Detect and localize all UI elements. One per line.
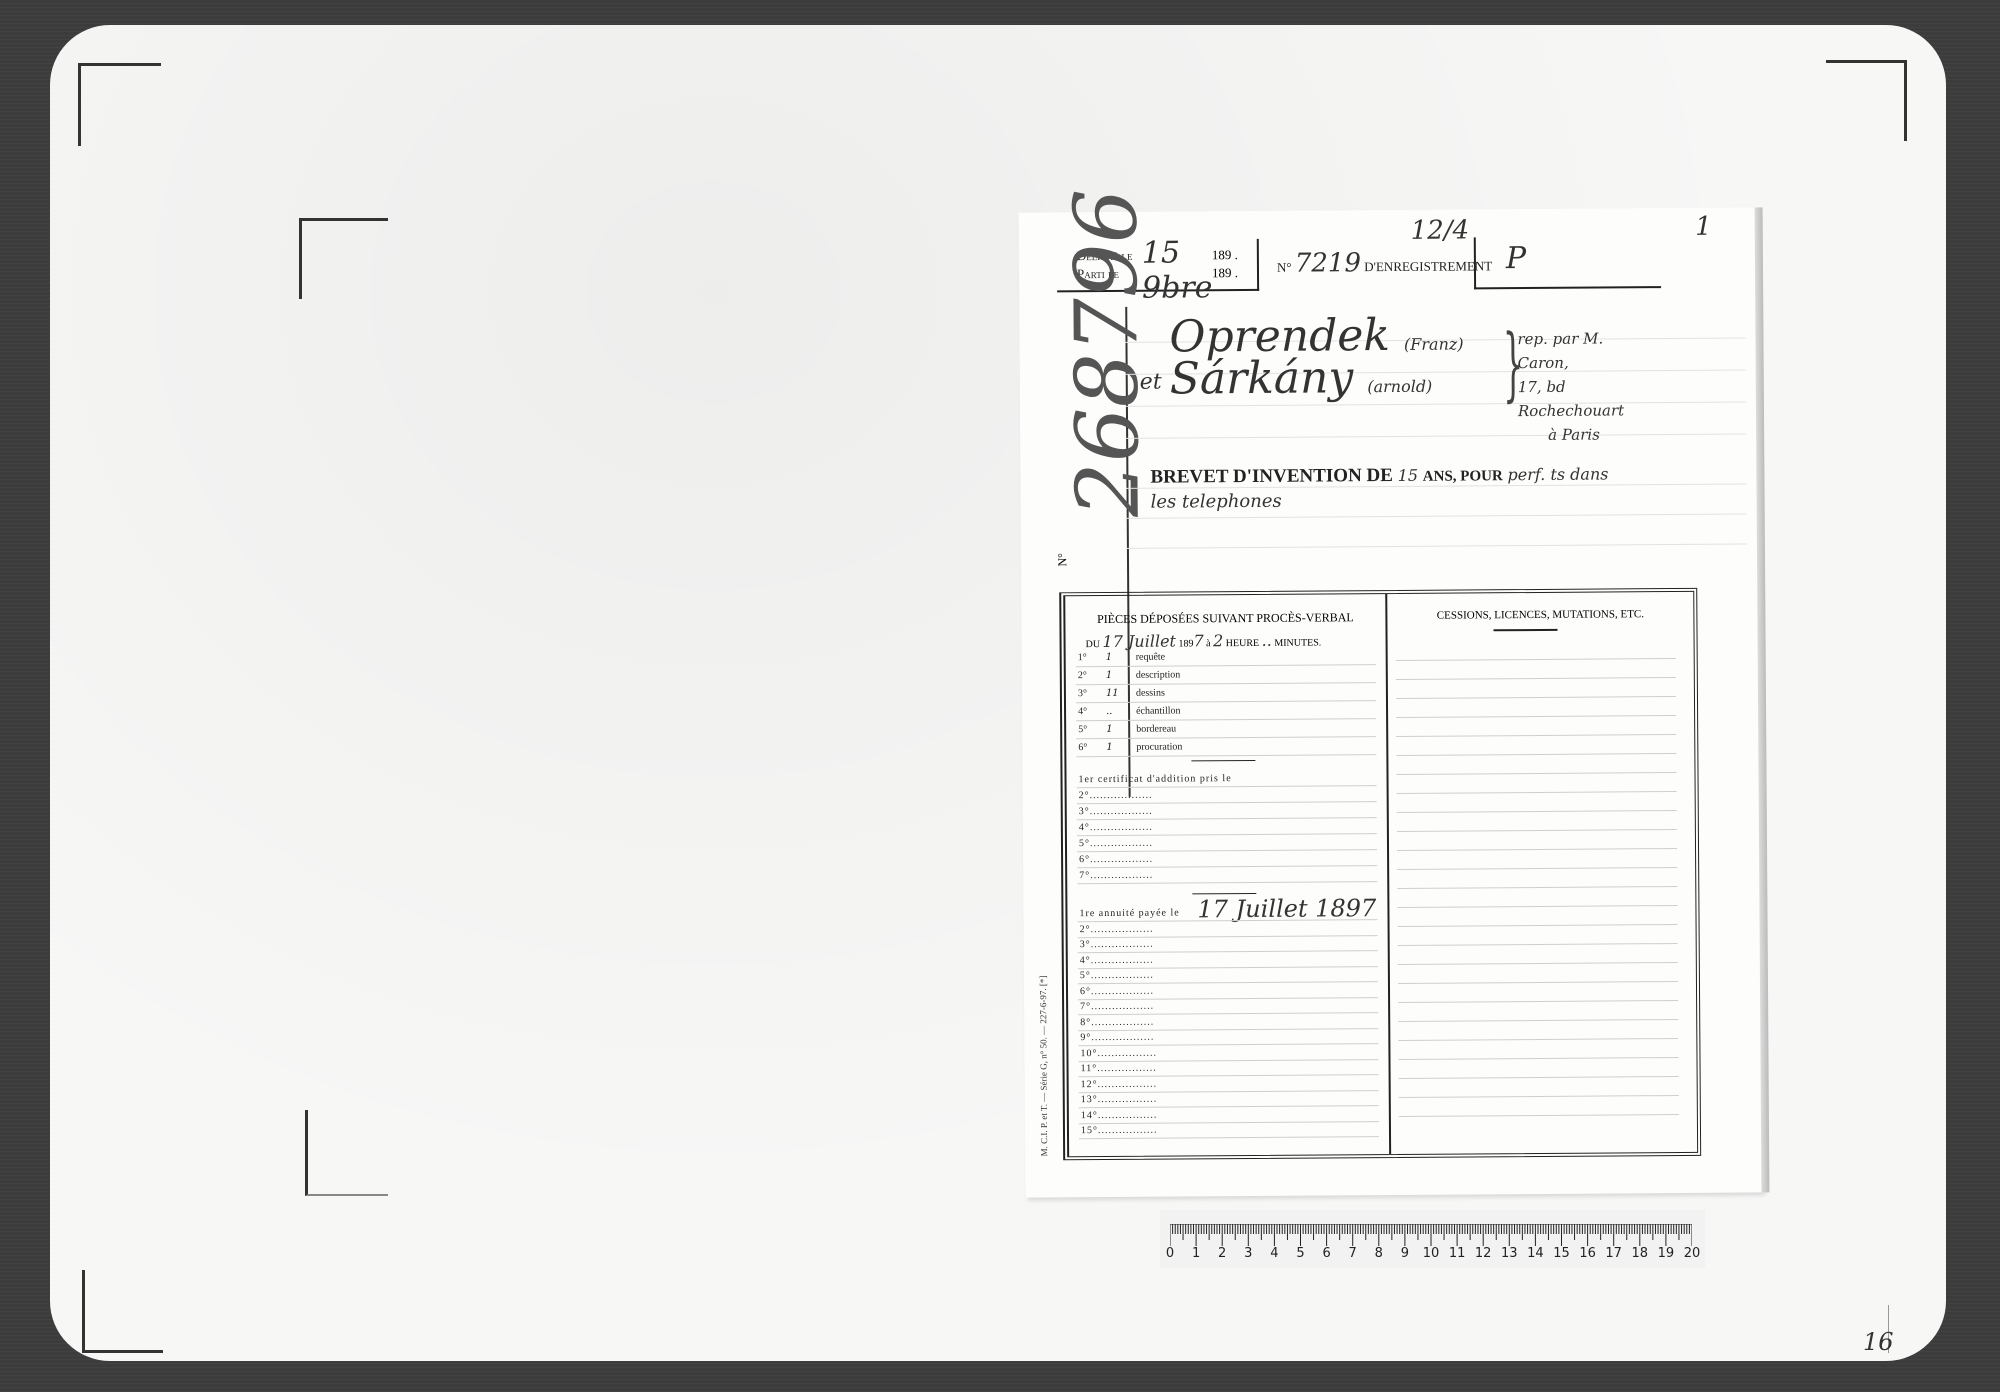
patent-register-page: Délivré le Parti le 15 9bre 189 . 189 . … [1019,207,1764,1197]
ruled-line [1127,514,1747,519]
annuity-row: 3°.................. [1080,939,1154,951]
ruler-label: 2 [1218,1246,1226,1261]
title-rule [1493,629,1557,631]
ruled-line [1398,943,1678,946]
ruled-line [1398,1019,1678,1022]
ruled-line [1399,1076,1679,1079]
annuity-row: 7°.................. [1080,1001,1154,1013]
ruler-label: 19 [1658,1246,1675,1261]
ruler-label: 5 [1296,1246,1304,1261]
pieces-list: 1°1requête2°1description3°11dessins4°..é… [1065,592,1693,596]
ruled-line [1078,950,1378,953]
annuity-row: 10°................. [1080,1047,1157,1059]
piece-count: .. [1106,706,1136,717]
annuity-row: 12°................. [1081,1078,1158,1090]
ruled-line [1078,1012,1378,1015]
certificate-row: 5°.................. [1079,838,1153,850]
ruler-label: 7 [1349,1246,1357,1261]
proces-verbal-line: DU 17 Juillet 1897 à 2 HEURE .. MINUTES. [1086,630,1322,651]
annuity-row: 9°.................. [1080,1032,1154,1044]
ruled-line [1398,1000,1678,1003]
brevet-duration: 15 [1398,466,1418,485]
ruled-line [1079,1074,1379,1077]
ruled-line [1396,677,1676,680]
ruled-line [1077,881,1377,884]
ruled-line [1127,544,1747,549]
ruled-line [1076,736,1376,739]
a-label: à [1206,638,1211,649]
ruled-line [1398,1057,1678,1060]
folio-number: 16 [1863,1328,1894,1356]
ruled-line [1396,772,1676,775]
ruled-line [1078,997,1378,1000]
ruled-line [1076,664,1376,667]
piece-number: 4° [1078,706,1106,717]
class-mark: P [1506,241,1526,276]
ruled-line [1126,434,1746,439]
piece-number: 2° [1078,670,1106,681]
section-rule [1191,760,1255,761]
year-prefix-1: 189 . [1212,247,1238,263]
ruled-line [1079,1136,1379,1139]
pv-year: 189 [1178,638,1193,649]
certificate-row: 1er certificat d'addition pris le [1078,773,1231,785]
ruler-label: 3 [1244,1246,1252,1261]
annuity-row: 1re annuité payée le [1079,907,1179,919]
crop-mark-inner-bottom-left [305,1110,388,1196]
ruler-label: 6 [1322,1246,1330,1261]
ruled-line [1076,754,1376,757]
piece-row: 6°1procuration [1078,741,1182,753]
annuities-list: 1re annuité payée le2°..................… [1065,592,1693,596]
brevet-title-line: BREVET D'INVENTION DE 15 ANS, POUR perf.… [1150,463,1608,488]
ruled-line [1397,810,1677,813]
piece-count: 1 [1106,742,1136,753]
ruled-line [1079,1121,1379,1124]
ruler-label: 8 [1375,1246,1383,1261]
pv-minutes: .. [1262,631,1272,650]
ruled-line [1396,734,1676,737]
piece-count: 1 [1106,724,1136,735]
applicant-2-given-name: (arnold) [1367,377,1432,396]
ruled-line [1397,905,1677,908]
certificate-row: 7°.................. [1079,870,1153,882]
ruled-line [1397,867,1677,870]
ruler-label: 17 [1605,1246,1622,1261]
ruled-line [1396,696,1676,699]
ruled-line [1077,849,1377,852]
ruled-line [1398,1038,1678,1041]
conjunction: et [1140,370,1162,395]
piece-row: 5°1bordereau [1078,724,1176,736]
ruler-label: 0 [1166,1246,1174,1261]
piece-label: bordereau [1136,724,1176,735]
brevet-subject-continued: les telephones [1151,491,1282,513]
ruled-line [1399,1095,1679,1098]
pieces-title: PIÈCES DÉPOSÉES SUIVANT PROCÈS-VERBAL [1065,610,1385,627]
piece-count: 11 [1106,688,1136,699]
piece-count: 1 [1106,670,1136,681]
certificate-row: 4°.................. [1079,822,1153,834]
ruler-label: 15 [1553,1246,1570,1261]
no-prefix: N° [1277,260,1292,275]
crop-mark-top-right [1826,60,1907,141]
ruler-label: 18 [1632,1246,1649,1261]
ruled-line [1396,715,1676,718]
ruler-label: 14 [1527,1246,1544,1261]
piece-row: 2°1description [1078,669,1181,681]
pv-date: 17 Juillet [1102,632,1176,652]
certificates-list: 1er certificat d'addition pris le2°.....… [1065,592,1693,596]
piece-number: 6° [1078,742,1106,753]
ruled-line [1079,1105,1379,1108]
ruled-line [1076,682,1376,685]
annuity-row: 15°................. [1081,1125,1158,1137]
piece-row: 1°1requête [1078,652,1166,664]
applicant-2-surname: Sárkány [1170,352,1354,404]
ruled-line [1398,981,1678,984]
ruled-line [1398,924,1678,927]
address-line: à Paris [1518,422,1624,447]
registration-number: 7219 [1295,248,1361,278]
ruler-label: 12 [1475,1246,1492,1261]
ans-label: ANS, POUR [1423,468,1503,485]
annuity-row: 14°................. [1081,1109,1158,1121]
crop-mark-top-left [78,63,161,146]
du-label: DU [1086,639,1101,650]
ruled-line [1077,801,1377,804]
ruled-line [1076,718,1376,721]
class-box: P [1474,236,1661,289]
annuity-row: 4°.................. [1080,954,1154,966]
certificate-row: 3°.................. [1079,806,1153,818]
ruler-label: 10 [1423,1246,1440,1261]
page-number: 1 [1695,212,1712,242]
ruled-line [1077,817,1377,820]
delivery-date-handwritten: 15 9bre [1142,235,1257,306]
piece-label: procuration [1136,741,1182,752]
column-divider [1385,594,1391,1154]
piece-row: 3°11dessins [1078,688,1165,700]
ruled-line [1396,658,1676,661]
ruled-line [1077,865,1377,868]
piece-label: échantillon [1136,705,1181,716]
annuity-row: 11°................. [1081,1063,1157,1075]
ruled-line [1077,785,1377,788]
crop-mark-bottom-left [82,1270,163,1353]
ruled-line [1078,935,1378,938]
ruled-line [1077,833,1377,836]
annuity-row: 13°................. [1081,1094,1158,1106]
ruler-label: 4 [1270,1246,1278,1261]
cessions-title: CESSIONS, LICENCES, MUTATIONS, ETC. [1387,608,1693,622]
registration-number-line: N° 7219 D'ENREGISTREMENT [1277,247,1492,279]
ruled-line [1078,1059,1378,1062]
piece-row: 4°..échantillon [1078,705,1181,717]
ruled-line [1397,886,1677,889]
piece-count: 1 [1106,652,1136,663]
ruled-line [1078,1043,1378,1046]
ruler-label: 1 [1192,1246,1200,1261]
address-line: rep. par M. Caron, [1517,326,1623,375]
measurement-ruler: 01234567891011121314151617181920 [1160,1210,1705,1268]
ruled-line [1076,700,1376,703]
pv-hour: 2 [1213,631,1223,650]
patent-no-prefix: N° [1055,553,1070,567]
certificate-row: 6°.................. [1079,854,1153,866]
ruled-line [1078,981,1378,984]
pv-year-digit: 7 [1193,631,1203,650]
piece-label: dessins [1136,688,1165,699]
patent-number-handwritten: 268796 [1056,188,1158,517]
certificate-row: 2°.................. [1079,790,1153,802]
ruled-line [1397,848,1677,851]
ruled-line [1398,962,1678,965]
crop-mark-inner-top-left [299,218,388,299]
address-line: 17, bd Rochechouart [1518,374,1624,423]
cessions-ruled-lines [1065,592,1693,596]
printer-imprint: M. C.I. P. et T. — Série G, n° 50. — 227… [1038,976,1049,1157]
ruler-label: 11 [1449,1246,1466,1261]
piece-label: description [1136,669,1181,680]
annuity-row: 5°.................. [1080,970,1154,982]
year-prefix-2: 189 . [1212,265,1238,281]
ruler-label: 20 [1684,1246,1701,1261]
ruled-line [1397,829,1677,832]
ruled-line [1079,1090,1379,1093]
piece-number: 3° [1078,688,1106,699]
brevet-subject: perf. ts dans [1507,464,1608,484]
annuity-row: 2°.................. [1080,923,1154,935]
annuity-row: 8°.................. [1080,1016,1154,1028]
minutes-label: MINUTES. [1274,637,1321,648]
ruler-label: 13 [1501,1246,1518,1261]
representative-address: rep. par M. Caron, 17, bd Rochechouart à… [1517,326,1624,447]
reference-handwritten: 12/4 [1411,215,1470,245]
ruled-line [1396,753,1676,756]
register-table: PIÈCES DÉPOSÉES SUIVANT PROCÈS-VERBAL CE… [1059,588,1701,1160]
piece-label: requête [1136,652,1166,663]
ruled-line [1078,1028,1378,1031]
ruled-line [1399,1114,1679,1117]
annuity-row: 6°.................. [1080,985,1154,997]
ruler-label: 9 [1401,1246,1409,1261]
piece-number: 1° [1078,652,1106,663]
piece-number: 5° [1078,724,1106,735]
brevet-label: BREVET D'INVENTION DE [1150,465,1393,488]
ruler-label: 16 [1579,1246,1596,1261]
heure-label: HEURE [1226,638,1259,649]
ruled-line [1397,791,1677,794]
applicant-2: Sárkány (arnold) [1170,352,1433,405]
ruled-line [1078,966,1378,969]
